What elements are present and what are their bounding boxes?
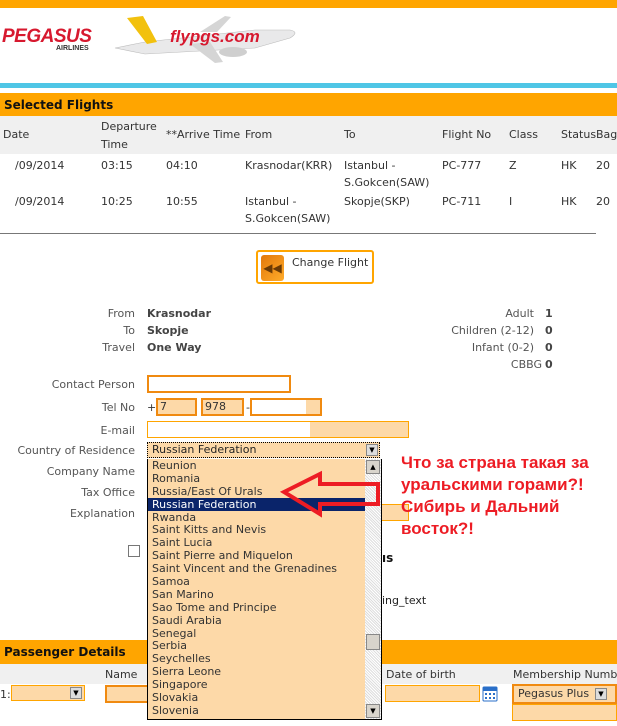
contact-person-input[interactable] [147,375,291,393]
country-option[interactable]: Sierra Leone [148,665,381,678]
annotation-line: уральскими горами?! [401,474,589,496]
top-brand-bar [0,0,617,8]
cell-departure: 10:25 [101,193,133,211]
email-fill [148,422,310,437]
membership-select[interactable]: Pegasus Plus ▼ [512,684,617,704]
to-label: To [60,324,135,337]
cbbg-label: CBBG [400,358,542,371]
cell-status: HK [561,157,577,175]
children-value: 0 [545,324,553,337]
travel-value: One Way [147,341,201,354]
email-input[interactable] [147,421,409,438]
country-option[interactable]: Saint Lucia [148,536,381,549]
country-option[interactable]: San Marino [148,588,381,601]
cell-departure: 03:15 [101,157,133,175]
cell-class: I [509,193,512,211]
company-label: Company Name [0,465,135,478]
header-divider [0,83,617,88]
tel-number-fill [252,400,306,414]
cell-bag: 20 [596,157,610,175]
country-select-value: Russian Federation [152,443,256,456]
cell-date: /09/2014 [15,157,64,175]
country-label: Country of Residence [0,444,135,457]
cell-arrive: 04:10 [166,157,198,175]
cell-to: Skopje(SKP) [344,193,410,211]
cell-flight-no: PC-711 [442,193,481,211]
cell-to-line1: Istanbul - [344,157,395,175]
tax-office-label: Tax Office [0,486,135,499]
scroll-down-icon[interactable]: ▼ [366,704,380,718]
cell-bag: 20 [596,193,610,211]
to-value: Skopje [147,324,189,337]
from-label: From [60,307,135,320]
name-input[interactable] [105,685,150,703]
col-date: Date [3,126,29,144]
tel-area-code-input[interactable]: 978 [201,398,244,416]
country-option[interactable]: Saudi Arabia [148,614,381,627]
annotation-arrow-icon [280,470,390,520]
cell-date: /09/2014 [15,193,64,211]
cell-class: Z [509,157,517,175]
annotation-line: Сибирь и Дальний [401,496,589,518]
terms-checkbox[interactable] [128,545,140,557]
selected-flights-heading: Selected Flights [0,93,617,117]
country-option[interactable]: Saint Kitts and Nevis [148,523,381,536]
annotation-line: Что за страна такая за [401,452,589,474]
cell-from-line1: Istanbul - [245,193,296,211]
scrollbar-thumb[interactable] [366,634,380,650]
cbbg-value: 0 [545,358,553,371]
tel-number-input[interactable] [250,398,322,416]
country-option[interactable]: Sao Tome and Principe [148,601,381,614]
country-option[interactable]: Samoa [148,575,381,588]
membership-number-input[interactable] [512,704,617,721]
hidden-heading-fragment: ıs [382,551,393,565]
chevron-down-icon[interactable]: ▼ [366,444,378,456]
infant-value: 0 [545,341,553,354]
passenger-index: 1: [0,688,11,701]
travel-label: Travel [60,341,135,354]
cell-to-line2: S.Gokcen(SAW) [344,174,429,192]
adult-label: Adult [400,307,534,320]
adult-value: 1 [545,307,553,320]
annotation-text: Что за страна такая за уральскими горами… [401,452,589,540]
col-departure: Departure Time [101,118,161,154]
country-option[interactable]: Saint Pierre and Miquelon [148,549,381,562]
tel-country-code-input[interactable]: 7 [156,398,197,416]
tel-plus: + [147,401,156,414]
svg-text:flypgs.com: flypgs.com [170,27,260,46]
cell-flight-no: PC-777 [442,157,481,175]
country-option[interactable]: Serbia [148,639,381,652]
chevron-down-icon[interactable]: ▼ [595,688,607,700]
membership-select-value: Pegasus Plus [518,687,589,700]
col-status: Status [561,126,596,144]
col-arrive: **Arrive Time [166,126,240,144]
flights-table-header: Date Departure Time **Arrive Time From T… [0,116,617,154]
email-label: E-mail [0,424,135,437]
plane-banner-image: flypgs.com [105,8,305,68]
col-from: From [245,126,272,144]
title-select[interactable]: ▼ [11,685,85,701]
rewind-icon: ◀◀ [261,255,284,281]
country-option[interactable]: Slovenia [148,704,381,717]
col-name: Name [105,668,137,681]
country-option[interactable]: Singapore [148,678,381,691]
col-date-of-birth: Date of birth [386,668,456,681]
contact-person-label: Contact Person [0,378,135,391]
date-of-birth-input[interactable] [385,685,480,702]
annotation-line: восток?! [401,518,589,540]
pegasus-logo-subtext: AIRLINES [56,45,89,52]
calendar-icon[interactable] [482,686,498,702]
from-value: Krasnodar [147,307,211,320]
explanation-label: Explanation [0,507,135,520]
country-option[interactable]: Saint Vincent and the Grenadines [148,562,381,575]
country-option[interactable]: Senegal [148,627,381,640]
country-option[interactable]: Seychelles [148,652,381,665]
country-select[interactable]: Russian Federation ▼ [147,442,380,458]
col-to: To [344,126,356,144]
change-flight-label: Change Flight [292,256,368,269]
col-bag: Bag [596,126,617,144]
children-label: Children (2-12) [400,324,534,337]
col-class: Class [509,126,538,144]
hidden-text-fragment: ing_text [382,594,426,607]
cell-arrive: 10:55 [166,193,198,211]
col-membership: Membership Numb [513,668,617,681]
infant-label: Infant (0-2) [400,341,534,354]
country-option[interactable]: Slovakia [148,691,381,704]
col-flight-no: Flight No [442,126,491,144]
cell-from: Krasnodar(KRR) [245,157,332,175]
cell-from-line2: S.Gokcen(SAW) [245,210,330,228]
tel-label: Tel No [0,401,135,414]
chevron-down-icon[interactable]: ▼ [70,687,82,699]
change-flight-button[interactable]: ◀◀ Change Flight [256,250,374,284]
table-bottom-divider [0,233,596,234]
cell-status: HK [561,193,577,211]
